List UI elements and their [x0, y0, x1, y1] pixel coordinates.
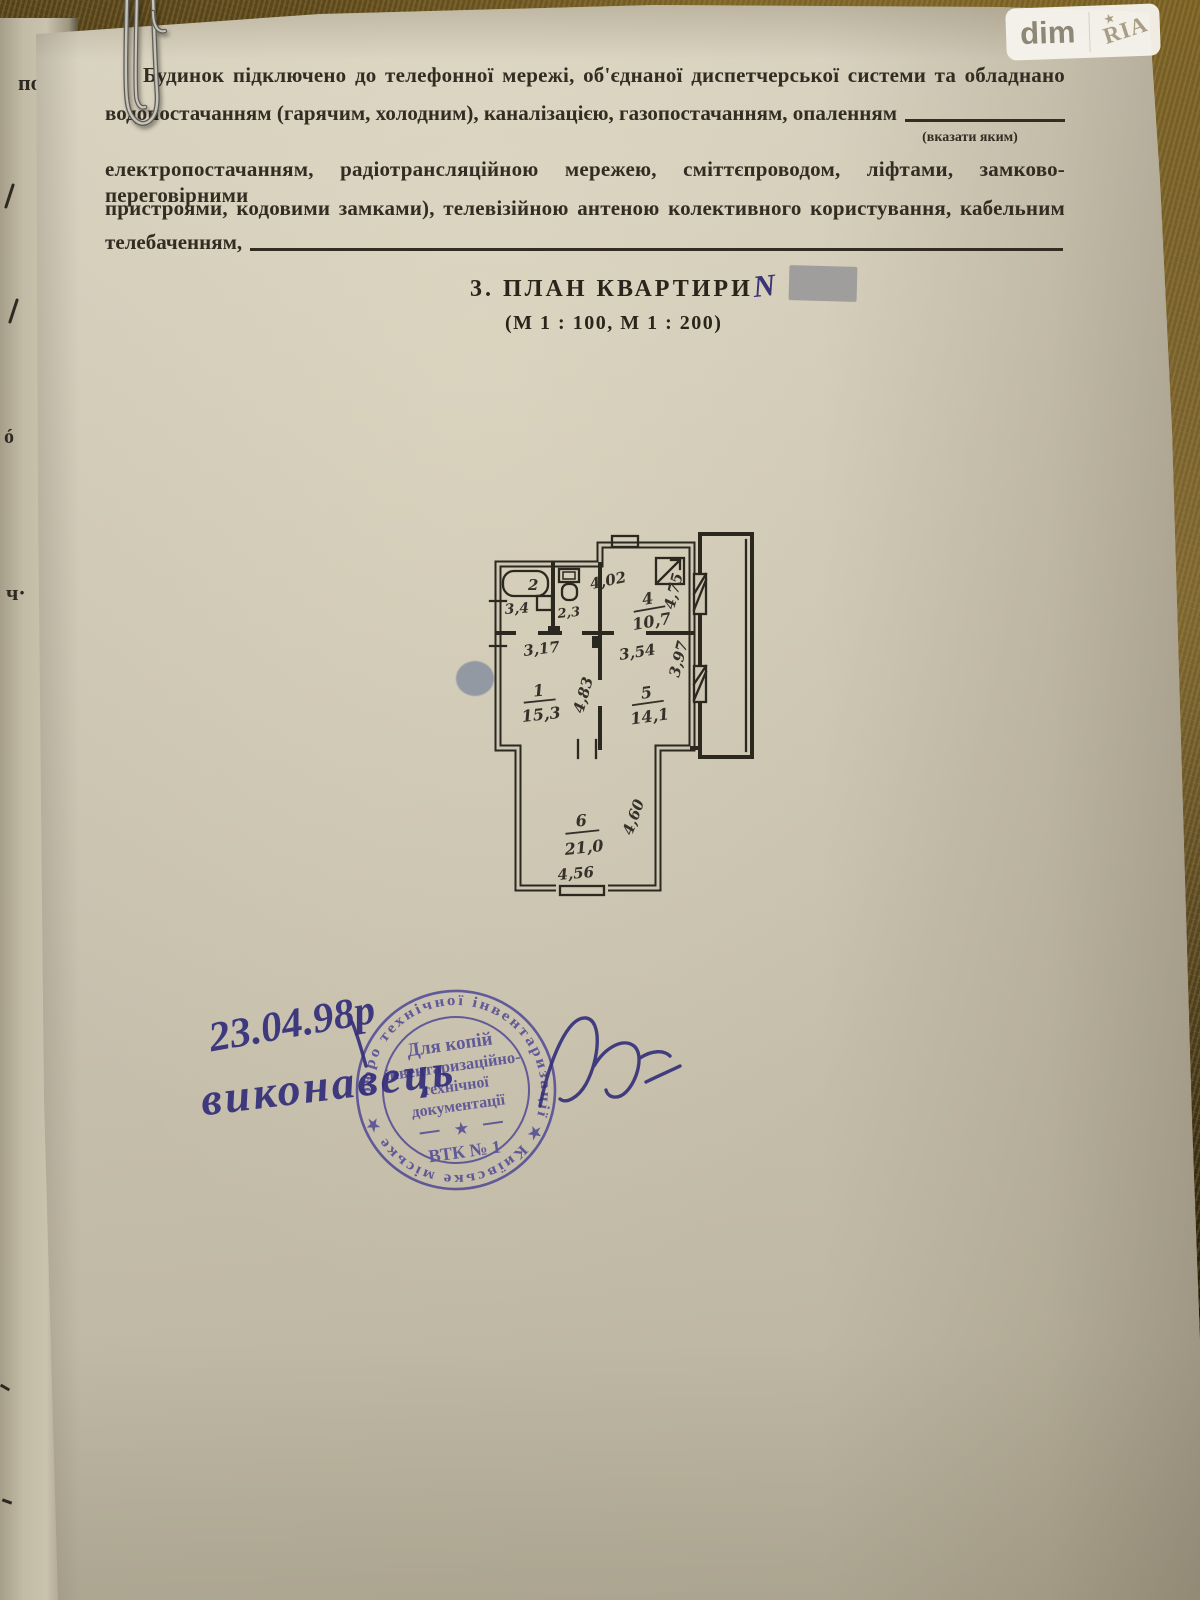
dim-room1-width: 3,17: [522, 638, 561, 660]
room2-area: 3,4: [504, 600, 529, 618]
dim-room4-width: 4,02: [588, 568, 627, 593]
svg-text:5: 5: [640, 682, 654, 702]
paragraph-line: Будинок підключено до телефонної мережі,…: [143, 62, 1065, 88]
svg-text:1: 1: [532, 681, 545, 701]
room2-number: 2: [527, 576, 538, 594]
paragraph-line: телебаченням,: [105, 230, 1063, 255]
margin-fragment-text: ó: [4, 426, 14, 449]
svg-text:15,3: 15,3: [521, 703, 562, 726]
toilet-icon: [559, 569, 579, 600]
photo-of-document: { "watermark": {"dim": "dim", "ria": "RI…: [0, 0, 1200, 1600]
paperclip-icon: [100, 0, 190, 146]
paragraph-text: телебаченням,: [105, 230, 242, 255]
bathtub-icon: [503, 571, 548, 596]
blank-underline: [905, 119, 1065, 122]
redaction-box: [789, 265, 858, 302]
blank-underline: [250, 248, 1063, 251]
ria-logo-cell: ★ RIA: [1090, 16, 1160, 44]
paragraph-line: пристроями, кодовими замками), телевізій…: [105, 195, 1065, 221]
margin-mark: [8, 298, 19, 324]
dim-ria-watermark: dim ★ RIA: [1005, 3, 1161, 60]
room3-area: 2,3: [556, 605, 581, 622]
dim-room5-height: 3,97: [665, 639, 691, 679]
dim-room1-height: 4,83: [570, 675, 597, 715]
scale-note: (М 1 : 100, М 1 : 200): [505, 312, 722, 335]
margin-mark: [4, 183, 15, 209]
dim-room6-width: 4,56: [557, 863, 596, 884]
handwritten-number-mark: N: [751, 267, 777, 305]
room1-label: 1 15,3: [518, 679, 561, 726]
svg-text:4: 4: [641, 588, 655, 609]
section-title: 3. ПЛАН КВАРТИРИ: [470, 276, 753, 303]
room6-label: 6 21,0: [560, 809, 605, 859]
signature: [340, 1000, 700, 1130]
margin-mark: [0, 1384, 10, 1392]
dim-logo: dim: [1005, 6, 1090, 61]
sink-icon: [537, 596, 552, 610]
page-shading: [0, 1340, 1200, 1600]
svg-text:14,1: 14,1: [629, 704, 670, 728]
room5-label: 5 14,1: [626, 680, 671, 728]
floor-plan-drawing: 2 3,4 2,3 4,02 4 10,7 4,75 3,17 3,54 1 1…: [440, 505, 770, 915]
svg-text:10,7: 10,7: [631, 609, 673, 634]
stairwell-column: [700, 534, 752, 757]
svg-text:6: 6: [575, 811, 588, 831]
paragraph-text: водопостачанням (гарячим, холодним), кан…: [105, 101, 897, 126]
paragraph-line: водопостачанням (гарячим, холодним), кан…: [105, 101, 1065, 126]
underline-hint: (вказати яким): [880, 130, 1060, 146]
document-page: Будинок підключено до телефонної мережі,…: [0, 0, 1200, 1600]
dim-room5-width: 3,54: [618, 640, 657, 663]
margin-mark: [2, 1498, 12, 1504]
svg-text:21,0: 21,0: [563, 836, 605, 859]
dim-room6-height: 4,60: [619, 796, 649, 837]
margin-fragment-text: ч·: [6, 580, 26, 606]
